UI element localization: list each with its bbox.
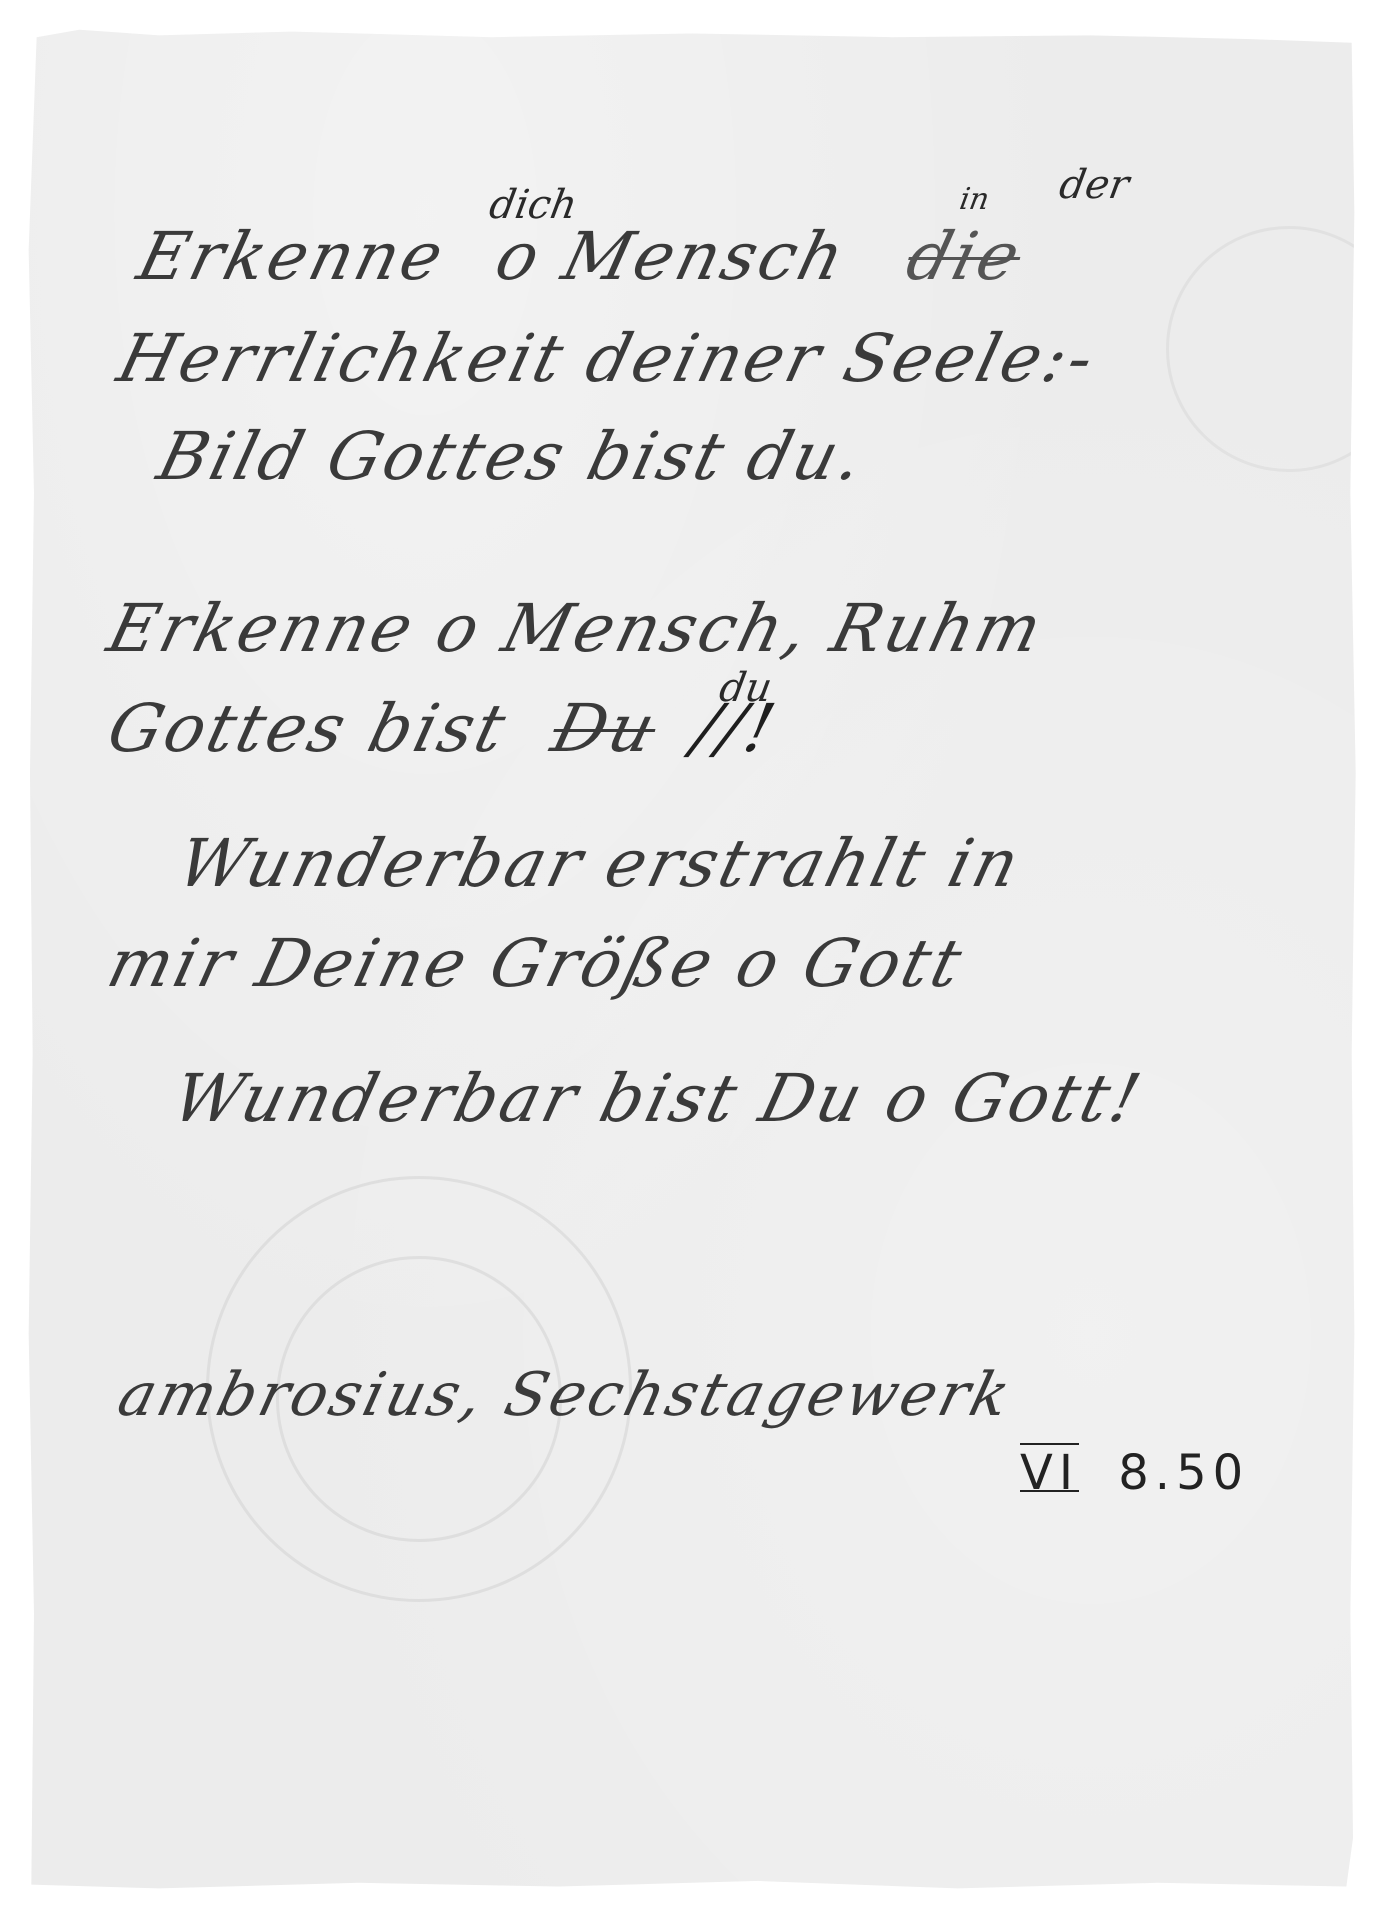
poem-line-8: Wunderbar bist Du o Gott! xyxy=(165,1060,1150,1137)
word-erkenne: Erkenne xyxy=(130,218,453,295)
insertion-der: der xyxy=(1056,162,1133,208)
poem-line-6: Wunderbar erstrahlt in xyxy=(170,825,1029,902)
poem-line-3: Bild Gottes bist du. xyxy=(150,418,873,495)
date: VI 8.50 xyxy=(1020,1445,1249,1501)
struck-word-du: Du xyxy=(545,690,666,767)
poem-line-5: Gottes bist Du //! xyxy=(100,690,785,767)
date-roman-month: VI xyxy=(1020,1445,1079,1501)
date-day-year: 8.50 xyxy=(1118,1445,1249,1501)
insertion-in: in xyxy=(957,182,992,217)
poem-line-4: Erkenne o Mensch, Ruhm xyxy=(100,590,1051,667)
phrase-o-mensch: o Mensch xyxy=(488,218,854,295)
struck-word-die: die xyxy=(899,218,1030,295)
phrase-gottes-bist: Gottes bist xyxy=(100,690,515,767)
poem-line-2: Herrlichkeit deiner Seele:- xyxy=(110,320,1104,397)
signature: ambrosius, Sechstagewerk xyxy=(111,1360,1019,1430)
watermark-seal-faint xyxy=(1166,226,1377,472)
poem-line-1: Erkenne o Mensch die xyxy=(130,218,1030,295)
poem-line-7: mir Deine Größe o Gott xyxy=(100,925,971,1002)
